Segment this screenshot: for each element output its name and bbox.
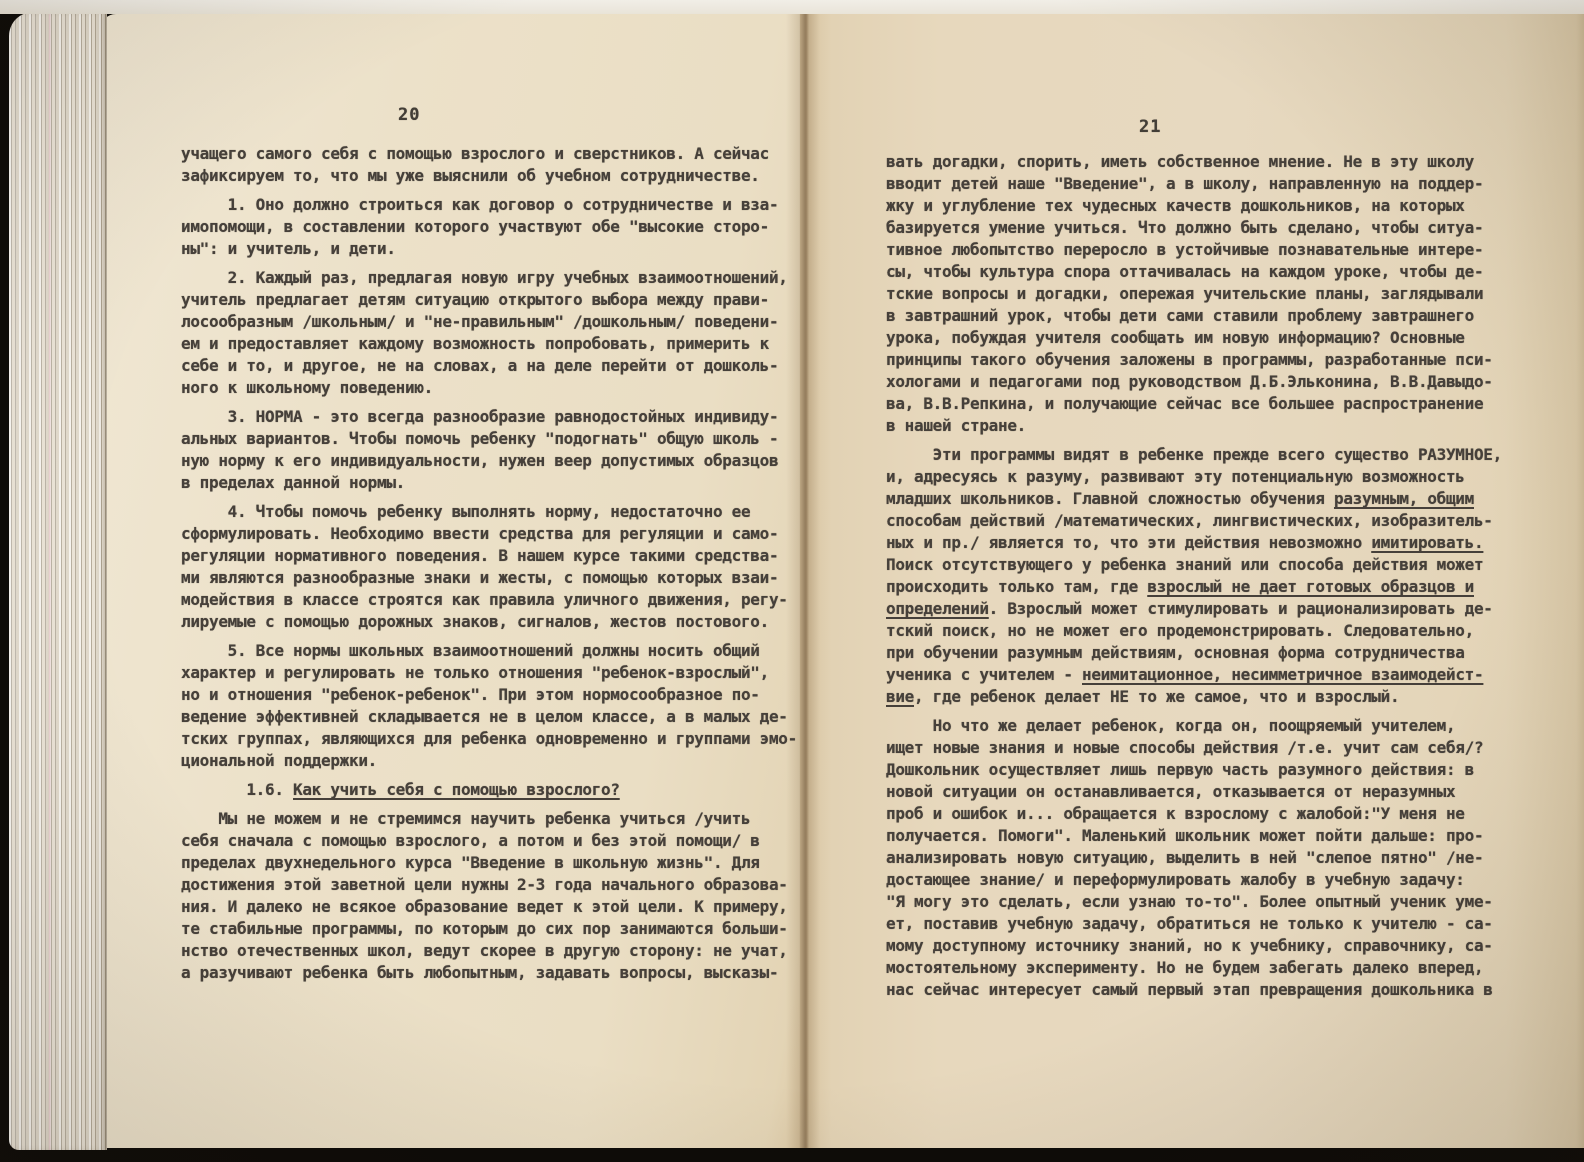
paragraph: 4. Чтобы помочь ребенку выполнять норму,…: [181, 501, 799, 633]
text-line: Мы не можем и не стремимся научить ребен…: [181, 808, 799, 830]
text-run: циональной поддержки.: [181, 751, 377, 770]
text-line: новой ситуации он останавливается, отказ…: [886, 781, 1508, 803]
text-run: , где ребенок делает НЕ то же самое, что…: [914, 687, 1399, 706]
text-run: ва, В.В.Репкина, и получающие сейчас все…: [886, 394, 1483, 413]
text-line: анализировать новую ситуацию, выделить в…: [886, 847, 1508, 869]
text-run: ем и предоставляет каждому возможность п…: [181, 334, 769, 353]
text-run: имопомощи, в составлении которого участв…: [181, 217, 769, 236]
text-line: ведение эффективней складывается не в це…: [181, 706, 799, 728]
text-run: базируется умение учиться. Что должно бы…: [886, 218, 1483, 237]
text-run: лосообразным /школьным/ и "не-правильным…: [181, 312, 778, 331]
text-line: нство отечественных школ, ведут скорее в…: [181, 940, 799, 962]
text-run: зафиксируем то, что мы уже выяснили об у…: [181, 166, 760, 185]
text-run: и, адресуясь к разуму, развивают эту пот…: [886, 467, 1465, 486]
text-line: учащего самого себя с помощью взрослого …: [181, 143, 799, 165]
text-line: младших школьников. Главной сложностью о…: [886, 488, 1508, 510]
text-line: получается. Помоги". Маленький школьник …: [886, 825, 1508, 847]
text-run: в завтрашний урок, чтобы дети сами стави…: [886, 306, 1474, 325]
text-run: 5. Все нормы школьных взаимоотношений до…: [181, 641, 760, 660]
text-run: Мы не можем и не стремимся научить ребен…: [181, 809, 750, 828]
text-run: принципы такого обучения заложены в прог…: [886, 350, 1493, 369]
text-line: мостоятельному эксперименту. Но не будем…: [886, 957, 1508, 979]
text-line: сы, чтобы культура спора оттачивалась на…: [886, 261, 1508, 283]
text-line: а разучивают ребенка быть любопытным, за…: [181, 962, 799, 984]
text-run: учащего самого себя с помощью взрослого …: [181, 144, 769, 163]
page-number-left: 20: [398, 105, 420, 125]
text-line: в завтрашний урок, чтобы дети сами стави…: [886, 305, 1508, 327]
text-run: получается. Помоги". Маленький школьник …: [886, 826, 1483, 845]
text-line: мому доступному источнику знаний, но к у…: [886, 935, 1508, 957]
text-run: новой ситуации он останавливается, отказ…: [886, 782, 1455, 801]
text-line: но и отношения "ребенок-ребенок". При эт…: [181, 684, 799, 706]
text-line: происходить только там, где взрослый не …: [886, 576, 1508, 598]
text-line: ет, поставив учебную задачу, обратиться …: [886, 913, 1508, 935]
text-line: тский поиск, но не может его продемонстр…: [886, 620, 1508, 642]
text-run: достающее знание/ и переформулировать жа…: [886, 870, 1465, 889]
text-run: Поиск отсутствующего у ребенка знаний ил…: [886, 555, 1483, 574]
text-run: тских группах, являющихся для ребенка од…: [181, 729, 797, 748]
text-line: вие, где ребенок делает НЕ то же самое, …: [886, 686, 1508, 708]
text-run: пределах двухнедельного курса "Введение …: [181, 853, 760, 872]
text-run: учитель предлагает детям ситуацию открыт…: [181, 290, 769, 309]
text-line: ного к школьному поведению.: [181, 377, 799, 399]
underlined-text-run: неимитационное, несимметричное взаимодей…: [1082, 665, 1483, 684]
text-run: нас сейчас интересует самый первый этап …: [886, 980, 1493, 999]
text-run: Эти программы видят в ребенке прежде все…: [886, 445, 1502, 464]
text-line: урока, побуждая учителя сообщать им нову…: [886, 327, 1508, 349]
text-line: 2. Каждый раз, предлагая новую игру учеб…: [181, 267, 799, 289]
underlined-text-run: взрослый не дает готовых образцов и: [1147, 577, 1474, 596]
text-line: ми являются разнообразные знаки и жесты,…: [181, 567, 799, 589]
text-line: вать догадки, спорить, иметь собственное…: [886, 151, 1508, 173]
text-line: ученика с учителем - неимитационное, нес…: [886, 664, 1508, 686]
text-line: достающее знание/ и переформулировать жа…: [886, 869, 1508, 891]
text-run: в пределах данной нормы.: [181, 473, 405, 492]
text-line: циональной поддержки.: [181, 750, 799, 772]
page-left-text: учащего самого себя с помощью взрослого …: [181, 143, 799, 984]
text-line: пределах двухнедельного курса "Введение …: [181, 852, 799, 874]
book-scan: 20 21 учащего самого себя с помощью взро…: [0, 0, 1584, 1162]
text-run: вводит детей наше "Введение", а в школу,…: [886, 174, 1483, 193]
text-run: ны": и учитель, и дети.: [181, 239, 396, 258]
underlined-text-run: разумным, общим: [1334, 489, 1474, 508]
text-run: альных вариантов. Чтобы помочь ребенку "…: [181, 429, 778, 448]
text-line: проб и ошибок и... обращается к взрослом…: [886, 803, 1508, 825]
text-line: лосообразным /школьным/ и "не-правильным…: [181, 311, 799, 333]
paragraph: 2. Каждый раз, предлагая новую игру учеб…: [181, 267, 799, 399]
text-line: ную норму к его индивидуальности, нужен …: [181, 450, 799, 472]
text-line: способам действий /математических, лингв…: [886, 510, 1508, 532]
text-line: ных и пр./ является то, что эти действия…: [886, 532, 1508, 554]
paragraph: Мы не можем и не стремимся научить ребен…: [181, 808, 799, 984]
underlined-text-run: определений: [886, 599, 989, 618]
text-run: мому доступному источнику знаний, но к у…: [886, 936, 1493, 955]
text-run: младших школьников. Главной сложностью о…: [886, 489, 1334, 508]
text-run: при обучении разумным действиям, основна…: [886, 643, 1465, 662]
underlined-text-run: имитировать.: [1371, 533, 1483, 552]
text-run: ученика с учителем -: [886, 665, 1082, 684]
text-line: 1. Оно должно строиться как договор о со…: [181, 194, 799, 216]
page-stack-edges: [9, 12, 107, 1150]
text-line: тские вопросы и догадки, опережая учител…: [886, 283, 1508, 305]
text-run: ищет новые знания и новые способы действ…: [886, 738, 1483, 757]
text-run: ведение эффективней складывается не в це…: [181, 707, 788, 726]
text-line: ны": и учитель, и дети.: [181, 238, 799, 260]
text-line: ем и предоставляет каждому возможность п…: [181, 333, 799, 355]
text-line: учитель предлагает детям ситуацию открыт…: [181, 289, 799, 311]
text-line: ния. И далеко не всякое образование веде…: [181, 896, 799, 918]
text-run: ми являются разнообразные знаки и жесты,…: [181, 568, 778, 587]
text-run: способам действий /математических, лингв…: [886, 511, 1493, 530]
text-line: характер и регулировать не только отноше…: [181, 662, 799, 684]
text-line: модействия в классе строятся как правила…: [181, 589, 799, 611]
text-line: лируемые с помощью дорожных знаков, сигн…: [181, 611, 799, 633]
text-run: а разучивают ребенка быть любопытным, за…: [181, 963, 778, 982]
text-run: ния. И далеко не всякое образование веде…: [181, 897, 788, 916]
text-run: 3. НОРМА - это всегда разнообразие равно…: [181, 407, 778, 426]
text-line: и, адресуясь к разуму, развивают эту пот…: [886, 466, 1508, 488]
text-line: вводит детей наше "Введение", а в школу,…: [886, 173, 1508, 195]
text-line: нас сейчас интересует самый первый этап …: [886, 979, 1508, 1001]
text-run: хологами и педагогами под руководством Д…: [886, 372, 1493, 391]
text-run: вать догадки, спорить, иметь собственное…: [886, 152, 1474, 171]
text-run: лируемые с помощью дорожных знаков, сигн…: [181, 612, 769, 631]
text-run: регуляции нормативного поведения. В наше…: [181, 546, 778, 565]
text-line: Поиск отсутствующего у ребенка знаний ил…: [886, 554, 1508, 576]
text-line: тских группах, являющихся для ребенка од…: [181, 728, 799, 750]
text-run: 1.6.: [181, 780, 293, 799]
text-line: 3. НОРМА - это всегда разнообразие равно…: [181, 406, 799, 428]
text-run: Дошкольник осуществляет лишь первую част…: [886, 760, 1474, 779]
text-line: имопомощи, в составлении которого участв…: [181, 216, 799, 238]
text-line: принципы такого обучения заложены в прог…: [886, 349, 1508, 371]
text-run: те стабильные программы, по которым до с…: [181, 919, 788, 938]
text-line: "Я могу это сделать, если узнаю то-то". …: [886, 891, 1508, 913]
text-run: достижения этой заветной цели нужны 2-3 …: [181, 875, 788, 894]
text-line: те стабильные программы, по которым до с…: [181, 918, 799, 940]
text-run: проб и ошибок и... обращается к взрослом…: [886, 804, 1465, 823]
text-line: определений. Взрослый может стимулироват…: [886, 598, 1508, 620]
page-right-text: вать догадки, спорить, иметь собственное…: [886, 151, 1508, 1001]
paragraph: учащего самого себя с помощью взрослого …: [181, 143, 799, 187]
text-run: себе и то, и другое, не на словах, а на …: [181, 356, 778, 375]
text-line: сформулировать. Необходимо ввести средст…: [181, 523, 799, 545]
text-run: нство отечественных школ, ведут скорее в…: [181, 941, 788, 960]
paragraph: Эти программы видят в ребенке прежде все…: [886, 444, 1508, 708]
text-line: ищет новые знания и новые способы действ…: [886, 737, 1508, 759]
text-run: тский поиск, но не может его продемонстр…: [886, 621, 1474, 640]
text-line: Эти программы видят в ребенке прежде все…: [886, 444, 1508, 466]
text-run: урока, побуждая учителя сообщать им нову…: [886, 328, 1465, 347]
text-run: в нашей стране.: [886, 416, 1026, 435]
text-run: ет, поставив учебную задачу, обратиться …: [886, 914, 1493, 933]
text-line: тивное любопытство переросло в устойчивы…: [886, 239, 1508, 261]
paragraph: вать догадки, спорить, иметь собственное…: [886, 151, 1508, 437]
text-run: себя сначала с помощью взрослого, а пото…: [181, 831, 760, 850]
text-run: 4. Чтобы помочь ребенку выполнять норму,…: [181, 502, 750, 521]
page-number-right: 21: [1139, 117, 1161, 137]
text-run: но и отношения "ребенок-ребенок". При эт…: [181, 685, 760, 704]
text-line: при обучении разумным действиям, основна…: [886, 642, 1508, 664]
text-line: хологами и педагогами под руководством Д…: [886, 371, 1508, 393]
text-run: . Взрослый может стимулировать и рациона…: [989, 599, 1493, 618]
paragraph: 1. Оно должно строиться как договор о со…: [181, 194, 799, 260]
text-run: ную норму к его индивидуальности, нужен …: [181, 451, 778, 470]
text-line: жку и углубление тех чудесных качеств до…: [886, 195, 1508, 217]
text-run: происходить только там, где: [886, 577, 1147, 596]
text-run: Но что же делает ребенок, когда он, поощ…: [886, 716, 1455, 735]
text-line: базируется умение учиться. Что должно бы…: [886, 217, 1508, 239]
scan-top-edge: [0, 0, 1584, 14]
text-line: Дошкольник осуществляет лишь первую част…: [886, 759, 1508, 781]
underlined-text-run: Как учить себя с помощью взрослого?: [293, 780, 620, 799]
text-run: мостоятельному эксперименту. Но не будем…: [886, 958, 1483, 977]
text-line: 5. Все нормы школьных взаимоотношений до…: [181, 640, 799, 662]
text-line: в нашей стране.: [886, 415, 1508, 437]
text-run: 2. Каждый раз, предлагая новую игру учеб…: [181, 268, 788, 287]
paragraph: 3. НОРМА - это всегда разнообразие равно…: [181, 406, 799, 494]
text-line: себе и то, и другое, не на словах, а на …: [181, 355, 799, 377]
text-run: ных и пр./ является то, что эти действия…: [886, 533, 1371, 552]
text-line: зафиксируем то, что мы уже выяснили об у…: [181, 165, 799, 187]
text-run: анализировать новую ситуацию, выделить в…: [886, 848, 1483, 867]
text-line: достижения этой заветной цели нужны 2-3 …: [181, 874, 799, 896]
paragraph: 5. Все нормы школьных взаимоотношений до…: [181, 640, 799, 772]
text-line: 1.6. Как учить себя с помощью взрослого?: [181, 779, 799, 801]
text-line: 4. Чтобы помочь ребенку выполнять норму,…: [181, 501, 799, 523]
text-line: Но что же делает ребенок, когда он, поощ…: [886, 715, 1508, 737]
text-line: ва, В.В.Репкина, и получающие сейчас все…: [886, 393, 1508, 415]
text-run: жку и углубление тех чудесных качеств до…: [886, 196, 1465, 215]
text-run: ного к школьному поведению.: [181, 378, 433, 397]
text-line: в пределах данной нормы.: [181, 472, 799, 494]
paragraph: Но что же делает ребенок, когда он, поощ…: [886, 715, 1508, 1001]
text-line: альных вариантов. Чтобы помочь ребенку "…: [181, 428, 799, 450]
paragraph: 1.6. Как учить себя с помощью взрослого?: [181, 779, 799, 801]
text-run: тские вопросы и догадки, опережая учител…: [886, 284, 1483, 303]
text-run: "Я могу это сделать, если узнаю то-то". …: [886, 892, 1493, 911]
text-run: модействия в классе строятся как правила…: [181, 590, 788, 609]
underlined-text-run: вие: [886, 687, 914, 706]
text-run: 1. Оно должно строиться как договор о со…: [181, 195, 778, 214]
text-run: сы, чтобы культура спора оттачивалась на…: [886, 262, 1483, 281]
text-line: себя сначала с помощью взрослого, а пото…: [181, 830, 799, 852]
text-run: характер и регулировать не только отноше…: [181, 663, 769, 682]
text-line: регуляции нормативного поведения. В наше…: [181, 545, 799, 567]
text-run: сформулировать. Необходимо ввести средст…: [181, 524, 778, 543]
text-run: тивное любопытство переросло в устойчивы…: [886, 240, 1483, 259]
